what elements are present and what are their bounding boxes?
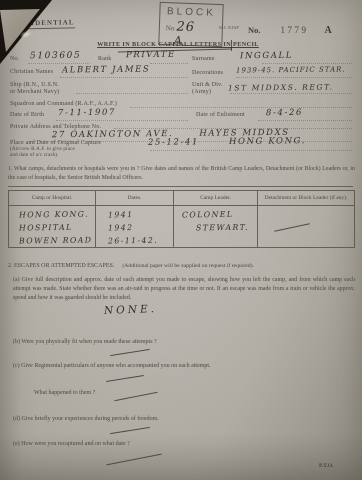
block-no-label: No: [166, 24, 175, 32]
field-capture-value: 25-12-41HONG KONG.: [148, 136, 306, 148]
question-2a: (a) Give full description and approx. da…: [13, 276, 355, 303]
field-capture-label: Place and Date of Original Capture (Airc…: [10, 140, 101, 159]
pto-label: P.T.O.: [319, 463, 334, 469]
field-rule-line: [130, 107, 352, 108]
field-enlistment-value: 8-4-26: [266, 108, 303, 118]
cell-detachment-leader: [257, 206, 354, 247]
block-stamp-suffix: A: [174, 34, 184, 47]
form-serial-number: No.1779A: [248, 20, 332, 38]
question-2b: (b) Were you physically fit when you mad…: [13, 339, 157, 345]
cell-dates: 1941 1942 26-11-42.: [95, 206, 173, 247]
field-rule-line: [28, 63, 90, 64]
camps-table-header-row: Camp or Hospital. Dates. Camp Leader. De…: [9, 191, 354, 206]
header-camp-or-hospital: Camp or Hospital.: [9, 191, 95, 205]
field-ship-label: Ship (R.N., U.S.N. or Merchant Navy): [10, 82, 59, 96]
field-rank-label: Rank: [98, 56, 111, 63]
field-rule-line: [230, 93, 352, 94]
answer-none: NONE.: [104, 303, 157, 317]
table-top-rule: [8, 186, 353, 187]
field-unit-label: Unit & Div. (Army): [192, 82, 223, 96]
serial-number-value: 1779: [281, 25, 309, 35]
pencil-dash-mark: [106, 454, 161, 466]
field-rule-line: [114, 128, 352, 129]
capture-date: 25-12-41: [148, 137, 199, 148]
field-rule-line: [30, 141, 352, 142]
pencil-line-mark: [231, 40, 232, 51]
pencil-dash-mark: [110, 427, 150, 434]
field-date-of-birth-label: Date of Birth: [10, 112, 44, 119]
pow-questionnaire-scan: CONFIDENTIAL BLOCK No26 A M.I. 9/JAP No.…: [0, 0, 362, 480]
field-service-no-label: No.: [10, 56, 19, 63]
pencil-dash-mark: [110, 349, 150, 356]
question-1: 1. What camps, detachments or hospitals …: [8, 165, 355, 183]
camps-table: Camp or Hospital. Dates. Camp Leader. De…: [8, 190, 355, 248]
field-rule-line: [60, 77, 188, 78]
header-detachment-leader: Detachment or Block Leader (if any).: [257, 191, 354, 205]
field-rule-line: [262, 63, 352, 64]
field-rule-line: [236, 77, 352, 78]
serial-no-label: No.: [248, 25, 261, 35]
question-2e: (e) How were you recaptured and on what …: [13, 441, 130, 447]
field-enlistment-label: Date of Enlistment: [196, 112, 245, 119]
section-2-heading: 2. ESCAPES OR ATTEMPTED ESCAPES.(Additio…: [8, 263, 355, 269]
cell-camp-leader: COLONEL STEWART.: [173, 206, 257, 247]
field-surname-label: Surname: [192, 56, 215, 63]
field-decorations-value: 1939-45. PACIFIC STAR.: [236, 65, 346, 74]
field-rule-line: [150, 63, 188, 64]
field-rank-value: PRIVATE: [126, 50, 176, 61]
field-rule-line: [76, 93, 188, 94]
pencil-dash-mark: [106, 375, 144, 382]
header-dates: Dates.: [95, 191, 173, 205]
field-christian-names-label: Christian Names: [10, 69, 53, 76]
question-2c-followup: What happened to them ?: [34, 390, 95, 396]
block-number-stamp: BLOCK No26: [158, 2, 223, 47]
field-rule-line: [258, 120, 352, 121]
field-surname-value: INGGALL: [240, 51, 293, 62]
question-2c: (c) Give Regimental particulars of anyon…: [13, 363, 211, 369]
camps-table-body-row: HONG KONG. HOSPITAL BOWEN ROAD 1941 1942…: [9, 206, 354, 247]
serial-suffix: A: [325, 25, 332, 36]
field-service-no-value: 5103605: [30, 51, 81, 62]
block-no-value: 26: [176, 19, 195, 35]
header-camp-leader: Camp Leader.: [173, 191, 257, 205]
field-unit-value: 1ST MIDDXS. REGT.: [228, 82, 334, 92]
field-date-of-birth-value: 7-11-1907: [58, 108, 116, 119]
section-2-note: (Additional paper will be supplied on re…: [122, 263, 254, 269]
field-decorations-label: Decorations: [192, 70, 223, 77]
cell-camp-or-hospital: HONG KONG. HOSPITAL BOWEN ROAD: [9, 206, 95, 247]
field-rule-line: [150, 150, 352, 151]
field-christian-names-value: ALBERT JAMES: [62, 65, 150, 76]
section-2-title: 2. ESCAPES OR ATTEMPTED ESCAPES.: [8, 263, 114, 269]
pencil-dash-mark: [114, 392, 157, 401]
question-2d: (d) Give briefly your experiences during…: [13, 416, 159, 422]
field-rule-line: [56, 120, 188, 121]
